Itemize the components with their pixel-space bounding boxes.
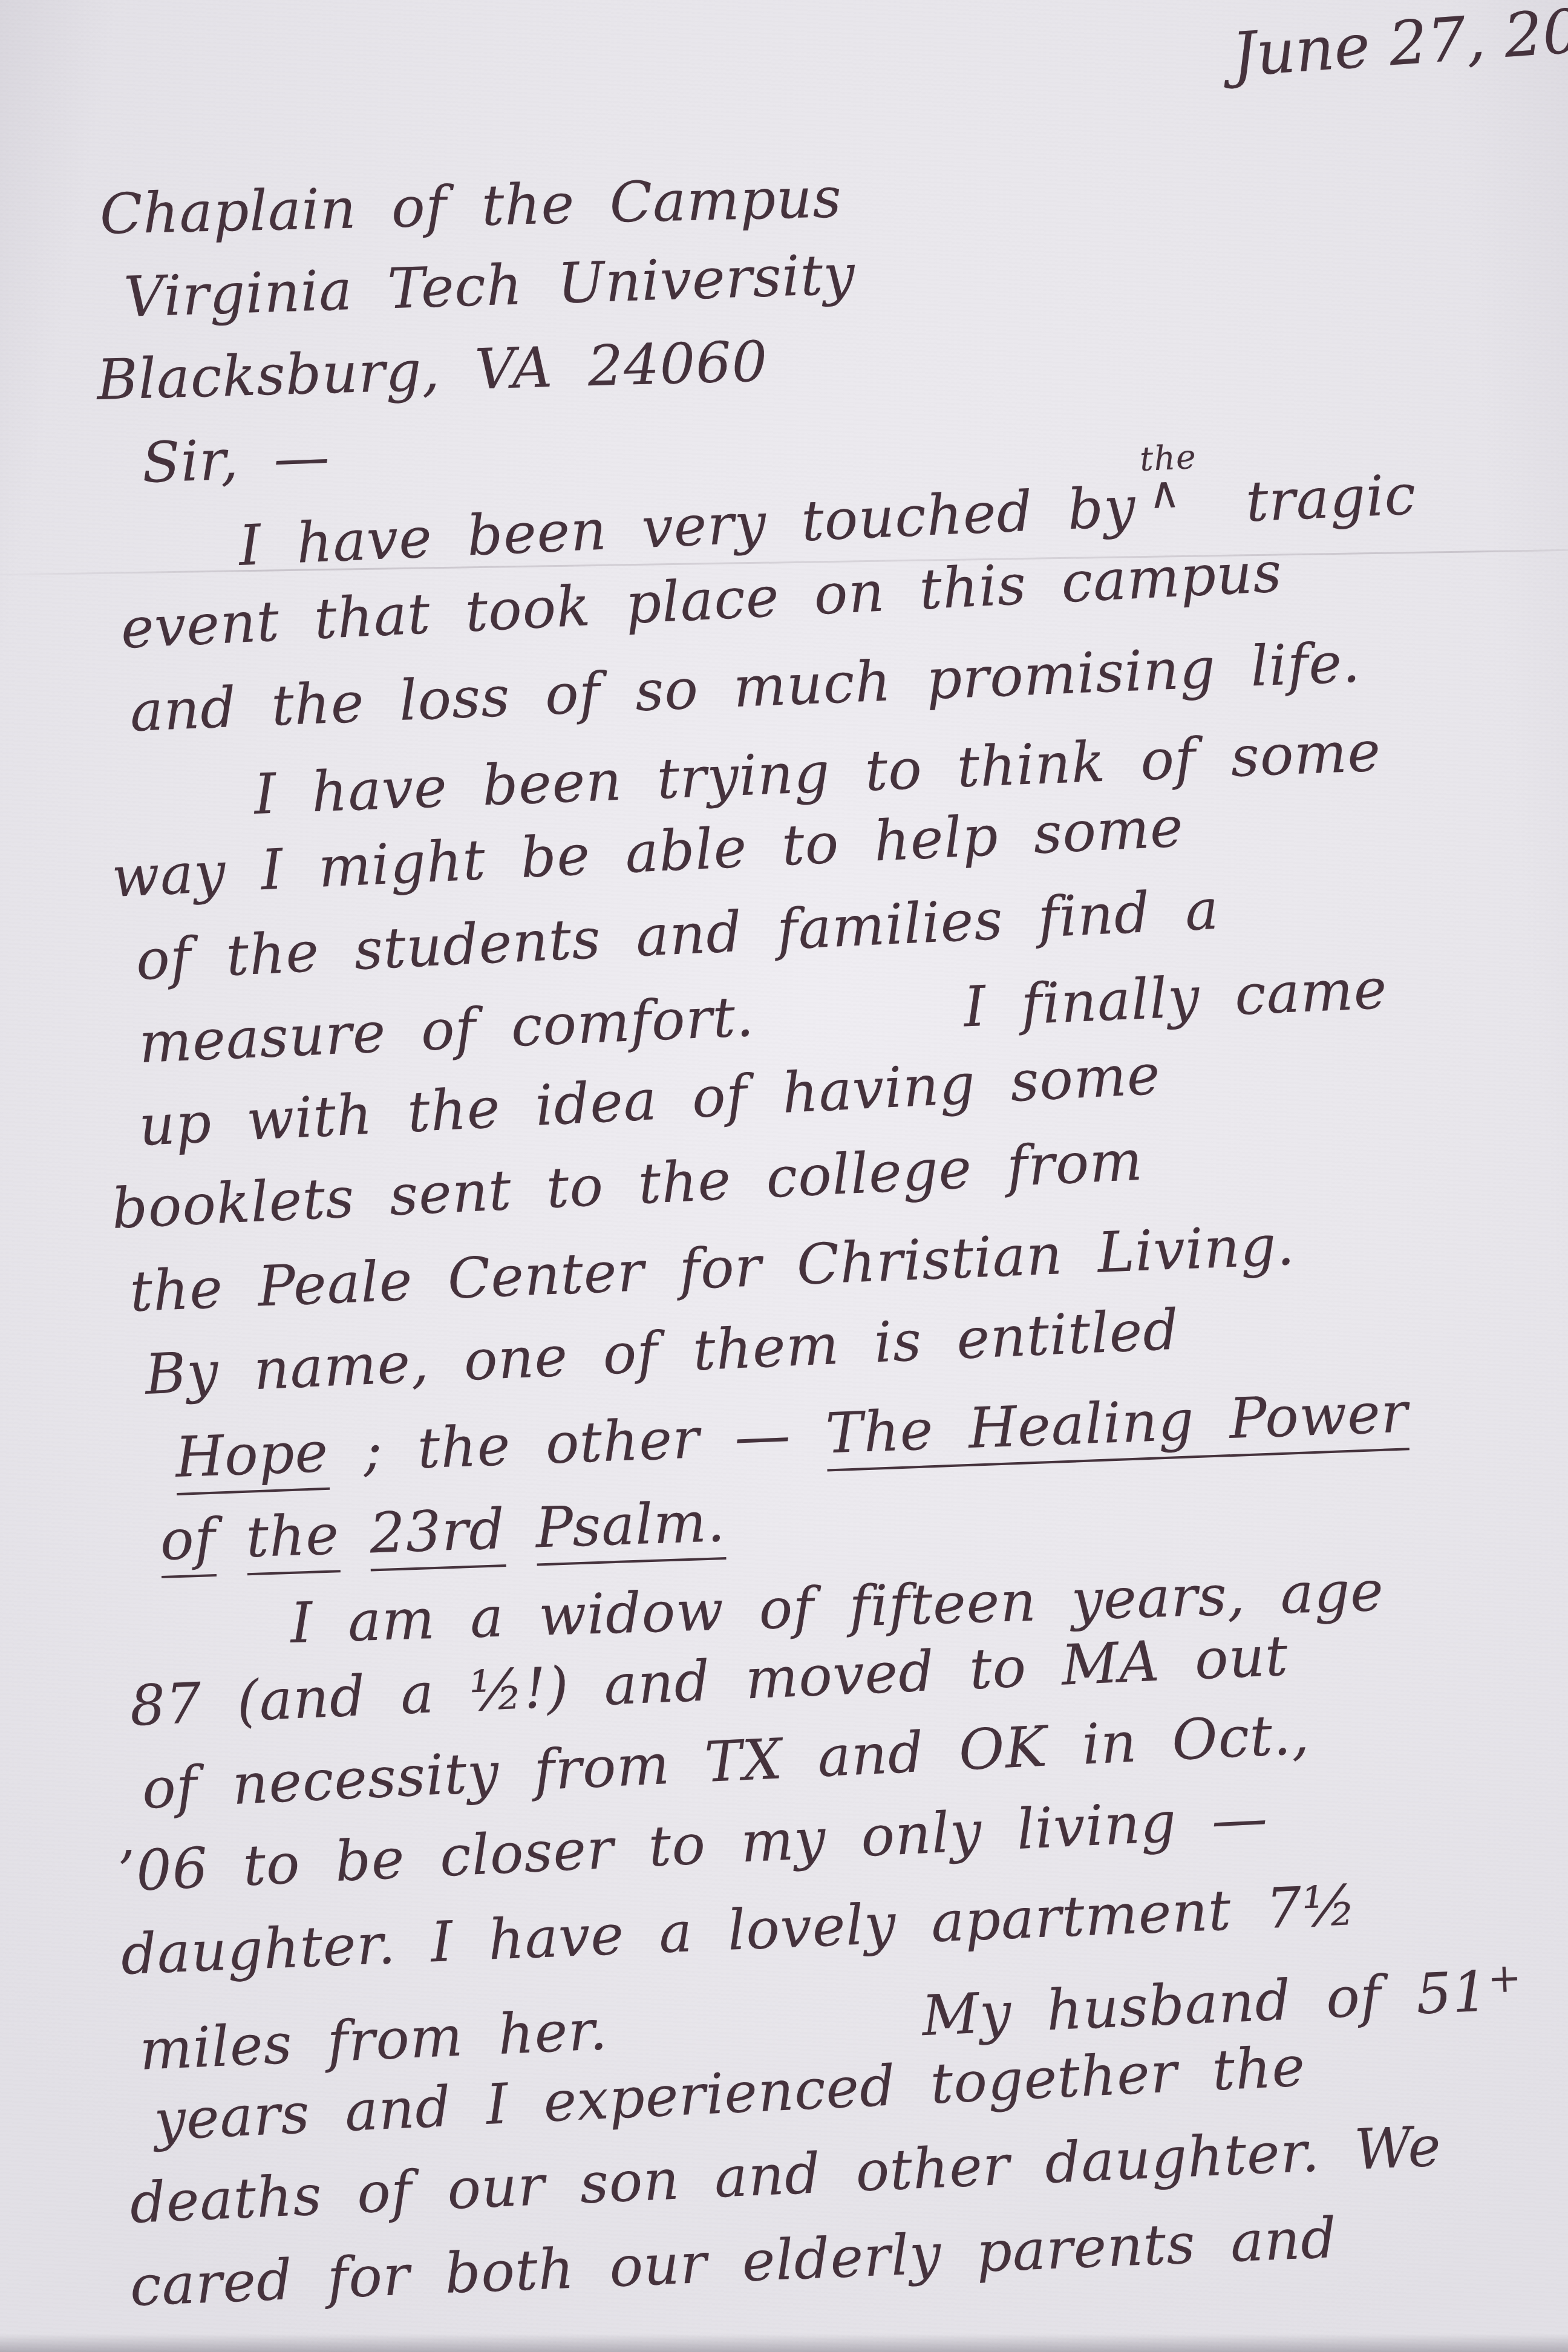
superscript-plus: + [1487, 1954, 1523, 2002]
booklet-title-healing-power: The Healing Power [825, 1380, 1410, 1471]
inserted-word: the∧ [1134, 467, 1212, 526]
body-line-text: tragic [1209, 462, 1417, 536]
body-line-text: ; the other — [327, 1402, 827, 1485]
scan-edge-shadow [0, 2334, 1568, 2352]
underlined-word: of [159, 1506, 217, 1578]
underlined-word: the [245, 1502, 340, 1575]
letter-page: June 27, 2007 Chaplain of the Campus Vir… [0, 0, 1568, 2352]
letter-date: June 27, 2007 [1230, 0, 1568, 90]
booklet-title-hope: Hope [174, 1420, 330, 1495]
underlined-word: Psalm. [535, 1489, 727, 1566]
caret-mark: ∧ [1146, 451, 1182, 535]
letter-text: Chaplain of the Campus Virginia Tech Uni… [0, 173, 1568, 2328]
underlined-word: 23rd [368, 1497, 506, 1571]
